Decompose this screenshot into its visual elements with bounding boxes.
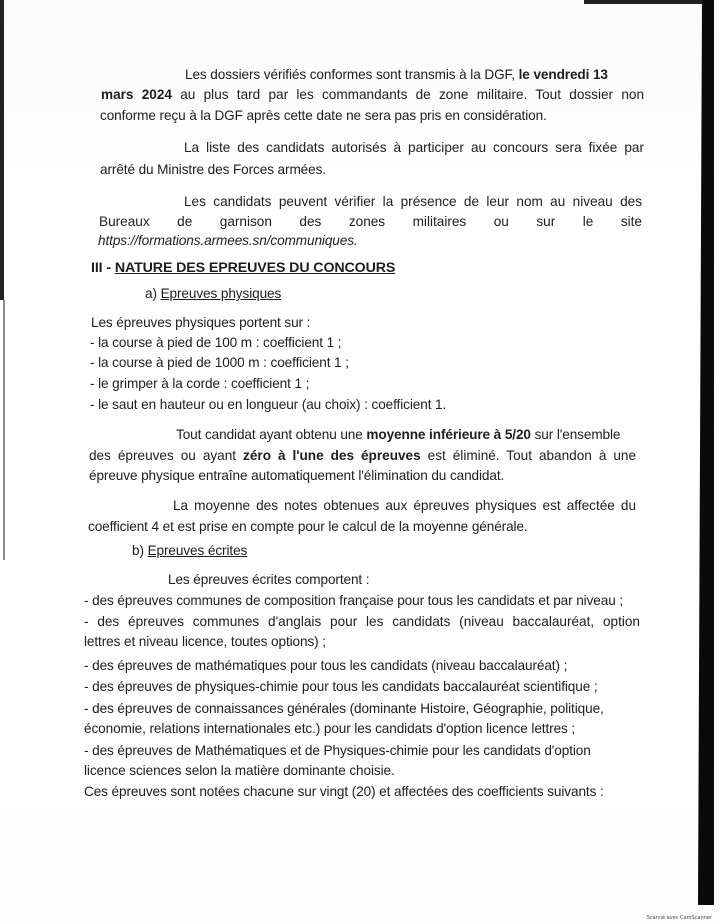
text: sur l'ensemble — [535, 427, 621, 442]
section-title: NATURE DES EPREUVES DU CONCOURS — [115, 260, 395, 276]
subsection-title: Epreuves écrites — [148, 543, 248, 558]
physical-intro: Les épreuves physiques portent sur : — [91, 314, 310, 332]
physical-item: - la course à pied de 1000 m : coefficie… — [90, 354, 349, 372]
written-line: économie, relations internationales etc.… — [84, 720, 575, 738]
scan-edge-left — [0, 0, 4, 300]
deadline-year: mars 2024 — [101, 87, 172, 102]
deadline-date: le vendredi 13 — [519, 67, 608, 82]
scan-edge-right — [698, 0, 714, 905]
zero-rule: zéro à l'une des épreuves — [243, 448, 421, 463]
paragraph-liste-line1: La liste des candidats autorisés à parti… — [184, 139, 644, 157]
paragraph-liste-line2: arrêté du Ministre des Forces armées. — [100, 161, 326, 179]
scanned-page: Les dossiers vérifiés conformes sont tra… — [0, 0, 720, 924]
physical-item: - le grimper à la corde : coefficient 1 … — [90, 375, 309, 393]
physical-item: - la course à pied de 100 m : coefficien… — [90, 334, 341, 352]
paragraph-verifier-line2: Bureaux de garnison des zones militaires… — [99, 213, 642, 231]
scan-edge-top — [584, 0, 714, 4]
section-heading: III - NATURE DES EPREUVES DU CONCOURS — [91, 259, 395, 277]
written-line: - des épreuves communes d'anglais pour l… — [84, 613, 640, 631]
paragraph-dossiers-line2: mars 2024 au plus tard par les commandan… — [101, 86, 644, 104]
subsection-letter: b) — [132, 543, 144, 558]
elimination-rule-line3: épreuve physique entraîne automatiquemen… — [89, 467, 504, 485]
scan-edge-left-shadow — [3, 300, 5, 560]
text: au plus tard par les commandants de zone… — [180, 87, 644, 102]
written-intro: Les épreuves écrites comportent : — [168, 571, 369, 589]
written-line: - des épreuves communes de composition f… — [84, 592, 623, 610]
communiques-url[interactable]: https://formations.armees.sn/communiques… — [98, 232, 358, 250]
average-paragraph-line2: coefficient 4 et est prise en compte pou… — [88, 518, 528, 536]
elimination-rule-line2: des épreuves ou ayant zéro à l'une des é… — [89, 447, 636, 465]
section-number: III - — [91, 260, 111, 276]
min-average: moyenne inférieure à 5/20 — [366, 427, 530, 442]
scanner-watermark: Scanné avec CamScanner — [647, 915, 712, 921]
written-line: - des épreuves de Mathématiques et de Ph… — [84, 742, 591, 760]
subsection-a-heading: a) Epreuves physiques — [145, 285, 281, 303]
elimination-rule-line1: Tout candidat ayant obtenu une moyenne i… — [176, 426, 620, 444]
subsection-b-heading: b) Epreuves écrites — [132, 542, 247, 560]
written-line: - des épreuves de physiques-chimie pour … — [84, 678, 598, 696]
text: est éliminé. Tout abandon à une — [428, 448, 636, 463]
paragraph-verifier-line1: Les candidats peuvent vérifier la présen… — [184, 193, 642, 211]
text: des épreuves ou ayant — [89, 448, 236, 463]
paragraph-dossiers-line1: Les dossiers vérifiés conformes sont tra… — [185, 66, 608, 84]
written-line: lettres et niveau licence, toutes option… — [84, 633, 326, 651]
written-line: licence sciences selon la matière domina… — [84, 762, 395, 780]
text: Tout candidat ayant obtenu une — [176, 427, 363, 442]
written-line: - des épreuves de connaissances générale… — [84, 700, 604, 718]
subsection-title: Epreuves physiques — [161, 286, 282, 301]
text: Les dossiers vérifiés conformes sont tra… — [185, 67, 515, 82]
written-line: Ces épreuves sont notées chacune sur vin… — [84, 783, 604, 801]
physical-item: - le saut en hauteur ou en longueur (au … — [90, 396, 446, 414]
paragraph-dossiers-line3: conforme reçu à la DGF après cette date … — [100, 107, 547, 125]
written-line: - des épreuves de mathématiques pour tou… — [84, 657, 567, 675]
subsection-letter: a) — [145, 286, 157, 301]
average-paragraph-line1: La moyenne des notes obtenues aux épreuv… — [173, 497, 636, 515]
